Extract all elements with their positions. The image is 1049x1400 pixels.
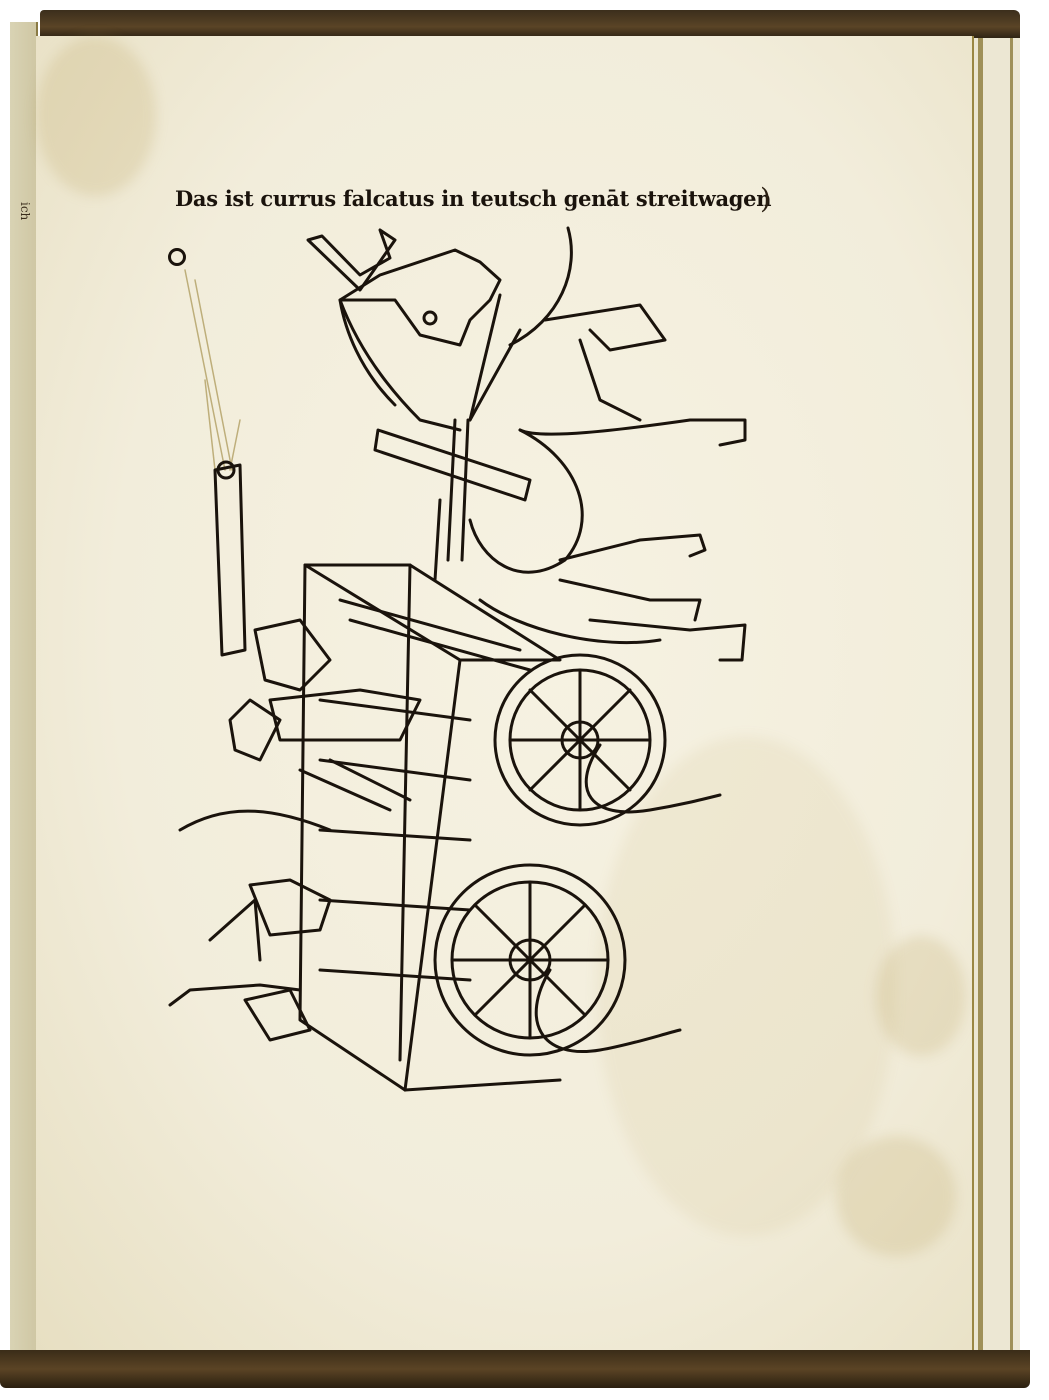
scythed-wheel-lower — [435, 865, 680, 1055]
caption-bracket: ) — [760, 182, 771, 215]
hand-cannon — [215, 465, 245, 655]
illustration-caption: Das ist currus falcatus in teutsch genāt… — [175, 186, 771, 211]
woodcut-illustration — [160, 225, 780, 1125]
book-cover-top — [40, 10, 1020, 38]
leaf-edge-line — [1010, 38, 1013, 1350]
scythed-wheel-upper — [495, 655, 720, 825]
margin-note: ich — [18, 202, 32, 220]
chariot-frame — [300, 565, 560, 1090]
book-cover-bottom — [0, 1350, 1030, 1388]
horse — [308, 228, 745, 660]
smoke-trail — [185, 270, 240, 470]
paper-stain — [36, 36, 156, 196]
chariot-yoke — [375, 420, 530, 580]
soldiers — [170, 462, 420, 1040]
facing-page-edge: ich — [10, 22, 38, 1362]
leaf-edge-line — [978, 38, 983, 1350]
